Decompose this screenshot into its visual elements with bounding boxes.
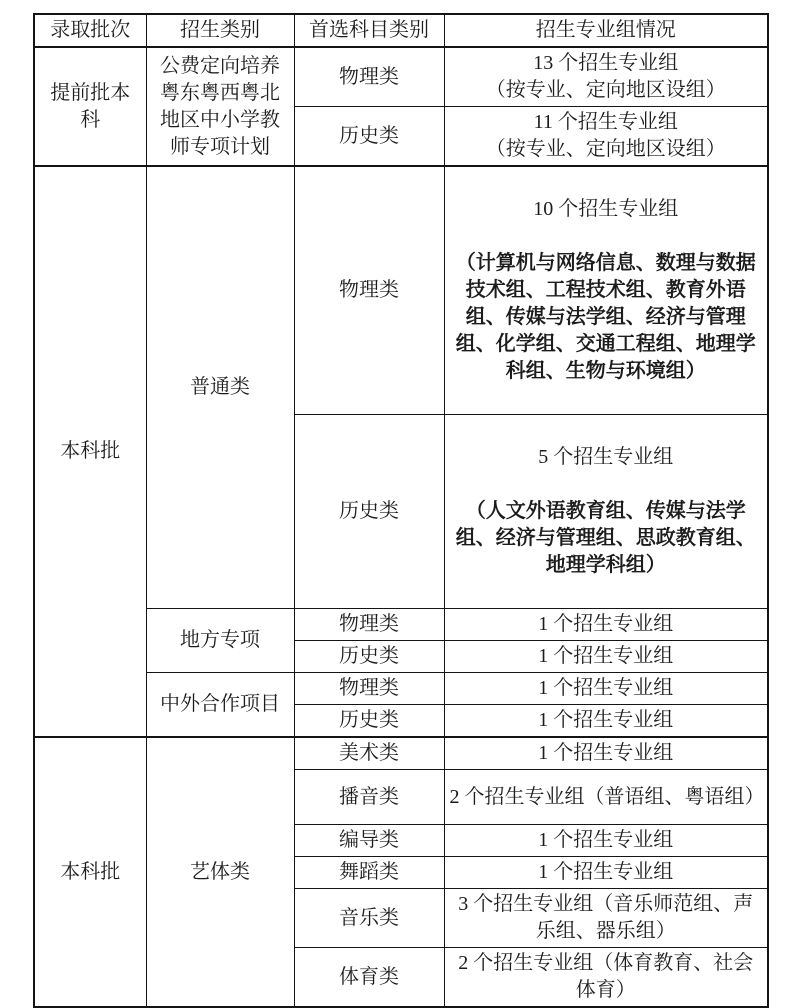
fine-art-subject: 美术类 [294, 737, 444, 770]
arts-fine-art-row: 本科批 艺体类 美术类 1 个招生专业组 [34, 737, 768, 770]
sino-foreign-category-cell: 中外合作项目 [146, 673, 294, 738]
directing-groups: 1 个招生专业组 [444, 825, 768, 857]
general-category-cell: 普通类 [146, 166, 294, 609]
general-history-groups: 5 个招生专业组 （人文外语教育组、传媒与法学组、经济与管理组、思政教育组、地理… [444, 415, 768, 609]
local-special-history-subject: 历史类 [294, 641, 444, 673]
pe-groups: 2 个招生专业组（体育教育、社会体育） [444, 948, 768, 1008]
advance-history-subject: 历史类 [294, 107, 444, 167]
general-physics-groups: 10 个招生专业组 （计算机与网络信息、数理与数据技术组、工程技术组、教育外语组… [444, 166, 768, 415]
broadcast-subject: 播音类 [294, 770, 444, 825]
advance-history-groups: 11 个招生专业组 （按专业、定向地区设组） [444, 107, 768, 167]
main1-batch-cell: 本科批 [34, 166, 146, 737]
general-physics-detail: （计算机与网络信息、数理与数据技术组、工程技术组、教育外语组、传媒与法学组、经济… [450, 250, 763, 385]
dance-groups: 1 个招生专业组 [444, 857, 768, 889]
main2-batch-cell: 本科批 [34, 737, 146, 1007]
local-special-physics-groups: 1 个招生专业组 [444, 609, 768, 641]
advance-batch-cell: 提前批本 科 [34, 47, 146, 166]
advance-physics-row: 提前批本 科 公费定向培养 粤东粤西粤北 地区中小学教 师专项计划 物理类 13… [34, 47, 768, 107]
general-physics-count: 10 个招生专业组 [450, 196, 763, 223]
general-history-count: 5 个招生专业组 [450, 444, 763, 471]
music-subject: 音乐类 [294, 889, 444, 948]
header-category: 招生类别 [146, 14, 294, 47]
dance-subject: 舞蹈类 [294, 857, 444, 889]
general-history-subject: 历史类 [294, 415, 444, 609]
sino-foreign-physics-groups: 1 个招生专业组 [444, 673, 768, 705]
sino-foreign-history-groups: 1 个招生专业组 [444, 705, 768, 738]
page: { "table": { "title_semantic": "招生专业组情况表… [0, 0, 800, 828]
sino-foreign-physics-subject: 物理类 [294, 673, 444, 705]
advance-category-cell: 公费定向培养 粤东粤西粤北 地区中小学教 师专项计划 [146, 47, 294, 166]
local-special-history-groups: 1 个招生专业组 [444, 641, 768, 673]
local-special-category-cell: 地方专项 [146, 609, 294, 673]
broadcast-groups: 2 个招生专业组（普语组、粤语组） [444, 770, 768, 825]
header-groups: 招生专业组情况 [444, 14, 768, 47]
advance-physics-groups: 13 个招生专业组 （按专业、定向地区设组） [444, 47, 768, 107]
regular-physics-row: 本科批 普通类 物理类 10 个招生专业组 （计算机与网络信息、数理与数据技术组… [34, 166, 768, 415]
admission-groups-table: 录取批次 招生类别 首选科目类别 招生专业组情况 提前批本 科 公费定向培养 粤… [33, 13, 769, 1008]
table-header-row: 录取批次 招生类别 首选科目类别 招生专业组情况 [34, 14, 768, 47]
sino-foreign-history-subject: 历史类 [294, 705, 444, 738]
header-batch: 录取批次 [34, 14, 146, 47]
general-history-detail: （人文外语教育组、传媒与法学组、经济与管理组、思政教育组、地理学科组） [450, 498, 763, 579]
header-subject: 首选科目类别 [294, 14, 444, 47]
fine-art-groups: 1 个招生专业组 [444, 737, 768, 770]
directing-subject: 编导类 [294, 825, 444, 857]
pe-subject: 体育类 [294, 948, 444, 1008]
music-groups: 3 个招生专业组（音乐师范组、声乐组、器乐组） [444, 889, 768, 948]
local-special-physics-subject: 物理类 [294, 609, 444, 641]
advance-physics-subject: 物理类 [294, 47, 444, 107]
general-physics-subject: 物理类 [294, 166, 444, 415]
arts-category-cell: 艺体类 [146, 737, 294, 1007]
